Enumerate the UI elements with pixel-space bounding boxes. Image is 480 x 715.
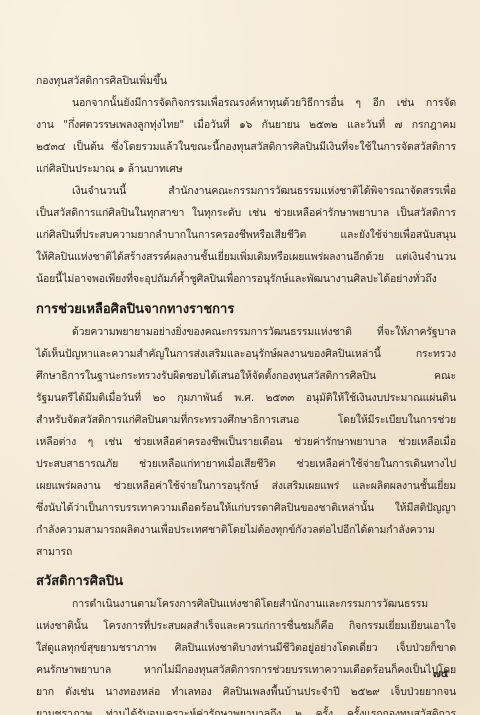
text-line: กองทุนสวัสดิการศิลปินเพิ่มขึ้น [36, 74, 167, 88]
page-number: ๗๕ [433, 665, 449, 682]
text-line: ยาก ดังเช่น นางทองหล่อ ทำเลทอง ศิลปินเพล… [36, 685, 456, 699]
text-line: เงินจำนวนนี้ สำนักงานคณะกรรมการวัฒนธรรมแ… [72, 184, 456, 198]
text-line: ใส่ดูแลทุกข์สุขยามชราภาพ ศิลปินแห่งชาติบ… [36, 641, 456, 655]
text-line: รัฐมนตรีได้มีมติเมื่อวันที่ ๒๐ กุมภาพันธ… [36, 391, 456, 405]
text-line: นอกจากนั้นยังมีการจัดกิจกรรมเพื่อรณรงค์ห… [72, 96, 456, 110]
text-line: ด้วยความพยายามอย่างยิ่งของคณะกรรมการวัฒน… [72, 325, 456, 339]
text-line: เป็นสวัสดิการแก่ศิลปินในทุกสาขา ในทุกระด… [36, 206, 456, 220]
text-line: เหลือต่าง ๆ เช่น ช่วยเหลือค่าครองชีพเป็น… [36, 435, 456, 449]
text-line: ศึกษาธิการในฐานะกระทรวงรับผิดชอบได้เสนอใ… [36, 369, 456, 383]
text-line: สำหรับจัดสวัสดิการแก่ศิลปินตามที่กระทรวง… [36, 413, 456, 427]
text-line: กำลังความสามารถผลิตงานเพื่อประเทศชาติโดย… [36, 523, 456, 537]
document-page: กองทุนสวัสดิการศิลปินเพิ่มขึ้น นอกจากนั้… [36, 0, 456, 715]
text-line: แก่ศิลปินประมาณ ๑ ล้านบาทเศษ [36, 162, 182, 176]
text-line: สามารถ [36, 545, 72, 559]
section-heading-artist-welfare: สวัสดิการศิลปิน [36, 574, 123, 590]
text-line: แก่ศิลปินที่ประสบความยากลำบากในการครองชี… [36, 228, 456, 242]
text-line: ได้เห็นปัญหาและความสำคัญในการส่งเสริมและ… [36, 347, 456, 361]
text-line: คนรักษาพยาบาล หากไม่มีกองทุนสวัสดิการการ… [36, 663, 456, 677]
section-heading-government-aid: การช่วยเหลือศิลปินจากทางราชการ [36, 302, 234, 318]
text-line: แห่งชาตินั้น โครงการที่ประสบผลสำเร็จและค… [36, 619, 456, 633]
text-line: การดำเนินงานตามโครงการศิลปินแห่งชาติโดยส… [72, 597, 456, 611]
text-line: ประสบสาธารณภัย ช่วยเหลือแก่ทายาทเมื่อเสี… [36, 457, 456, 471]
text-line: ให้ศิลปินแห่งชาติได้สร้างสรรค์ผลงานชั้นเ… [36, 250, 456, 264]
text-line: เผยแพร่ผลงาน ช่วยเหลือค่าใช้จ่ายในการอนุ… [36, 479, 456, 493]
text-line: ๒๕๓๔ เป็นต้น ซึ่งโดยรวมแล้วในขณะนี้กองทุ… [36, 140, 456, 154]
text-line: งาน "กึ่งศตวรรษเพลงลูกทุ่งไทย" เมื่อวันท… [36, 118, 456, 132]
text-line: ซึ่งนับได้ว่าเป็นการบรรเทาความเดือดร้อนใ… [36, 501, 456, 515]
text-line: ยามชราภาพ ท่านได้รับอนุเคราะห์ค่ารักษาพย… [36, 707, 456, 715]
text-line: น้อยนี้ไม่อาจพอเพียงที่จะอุปถัมภ์ค้ำชูศิ… [36, 272, 456, 286]
